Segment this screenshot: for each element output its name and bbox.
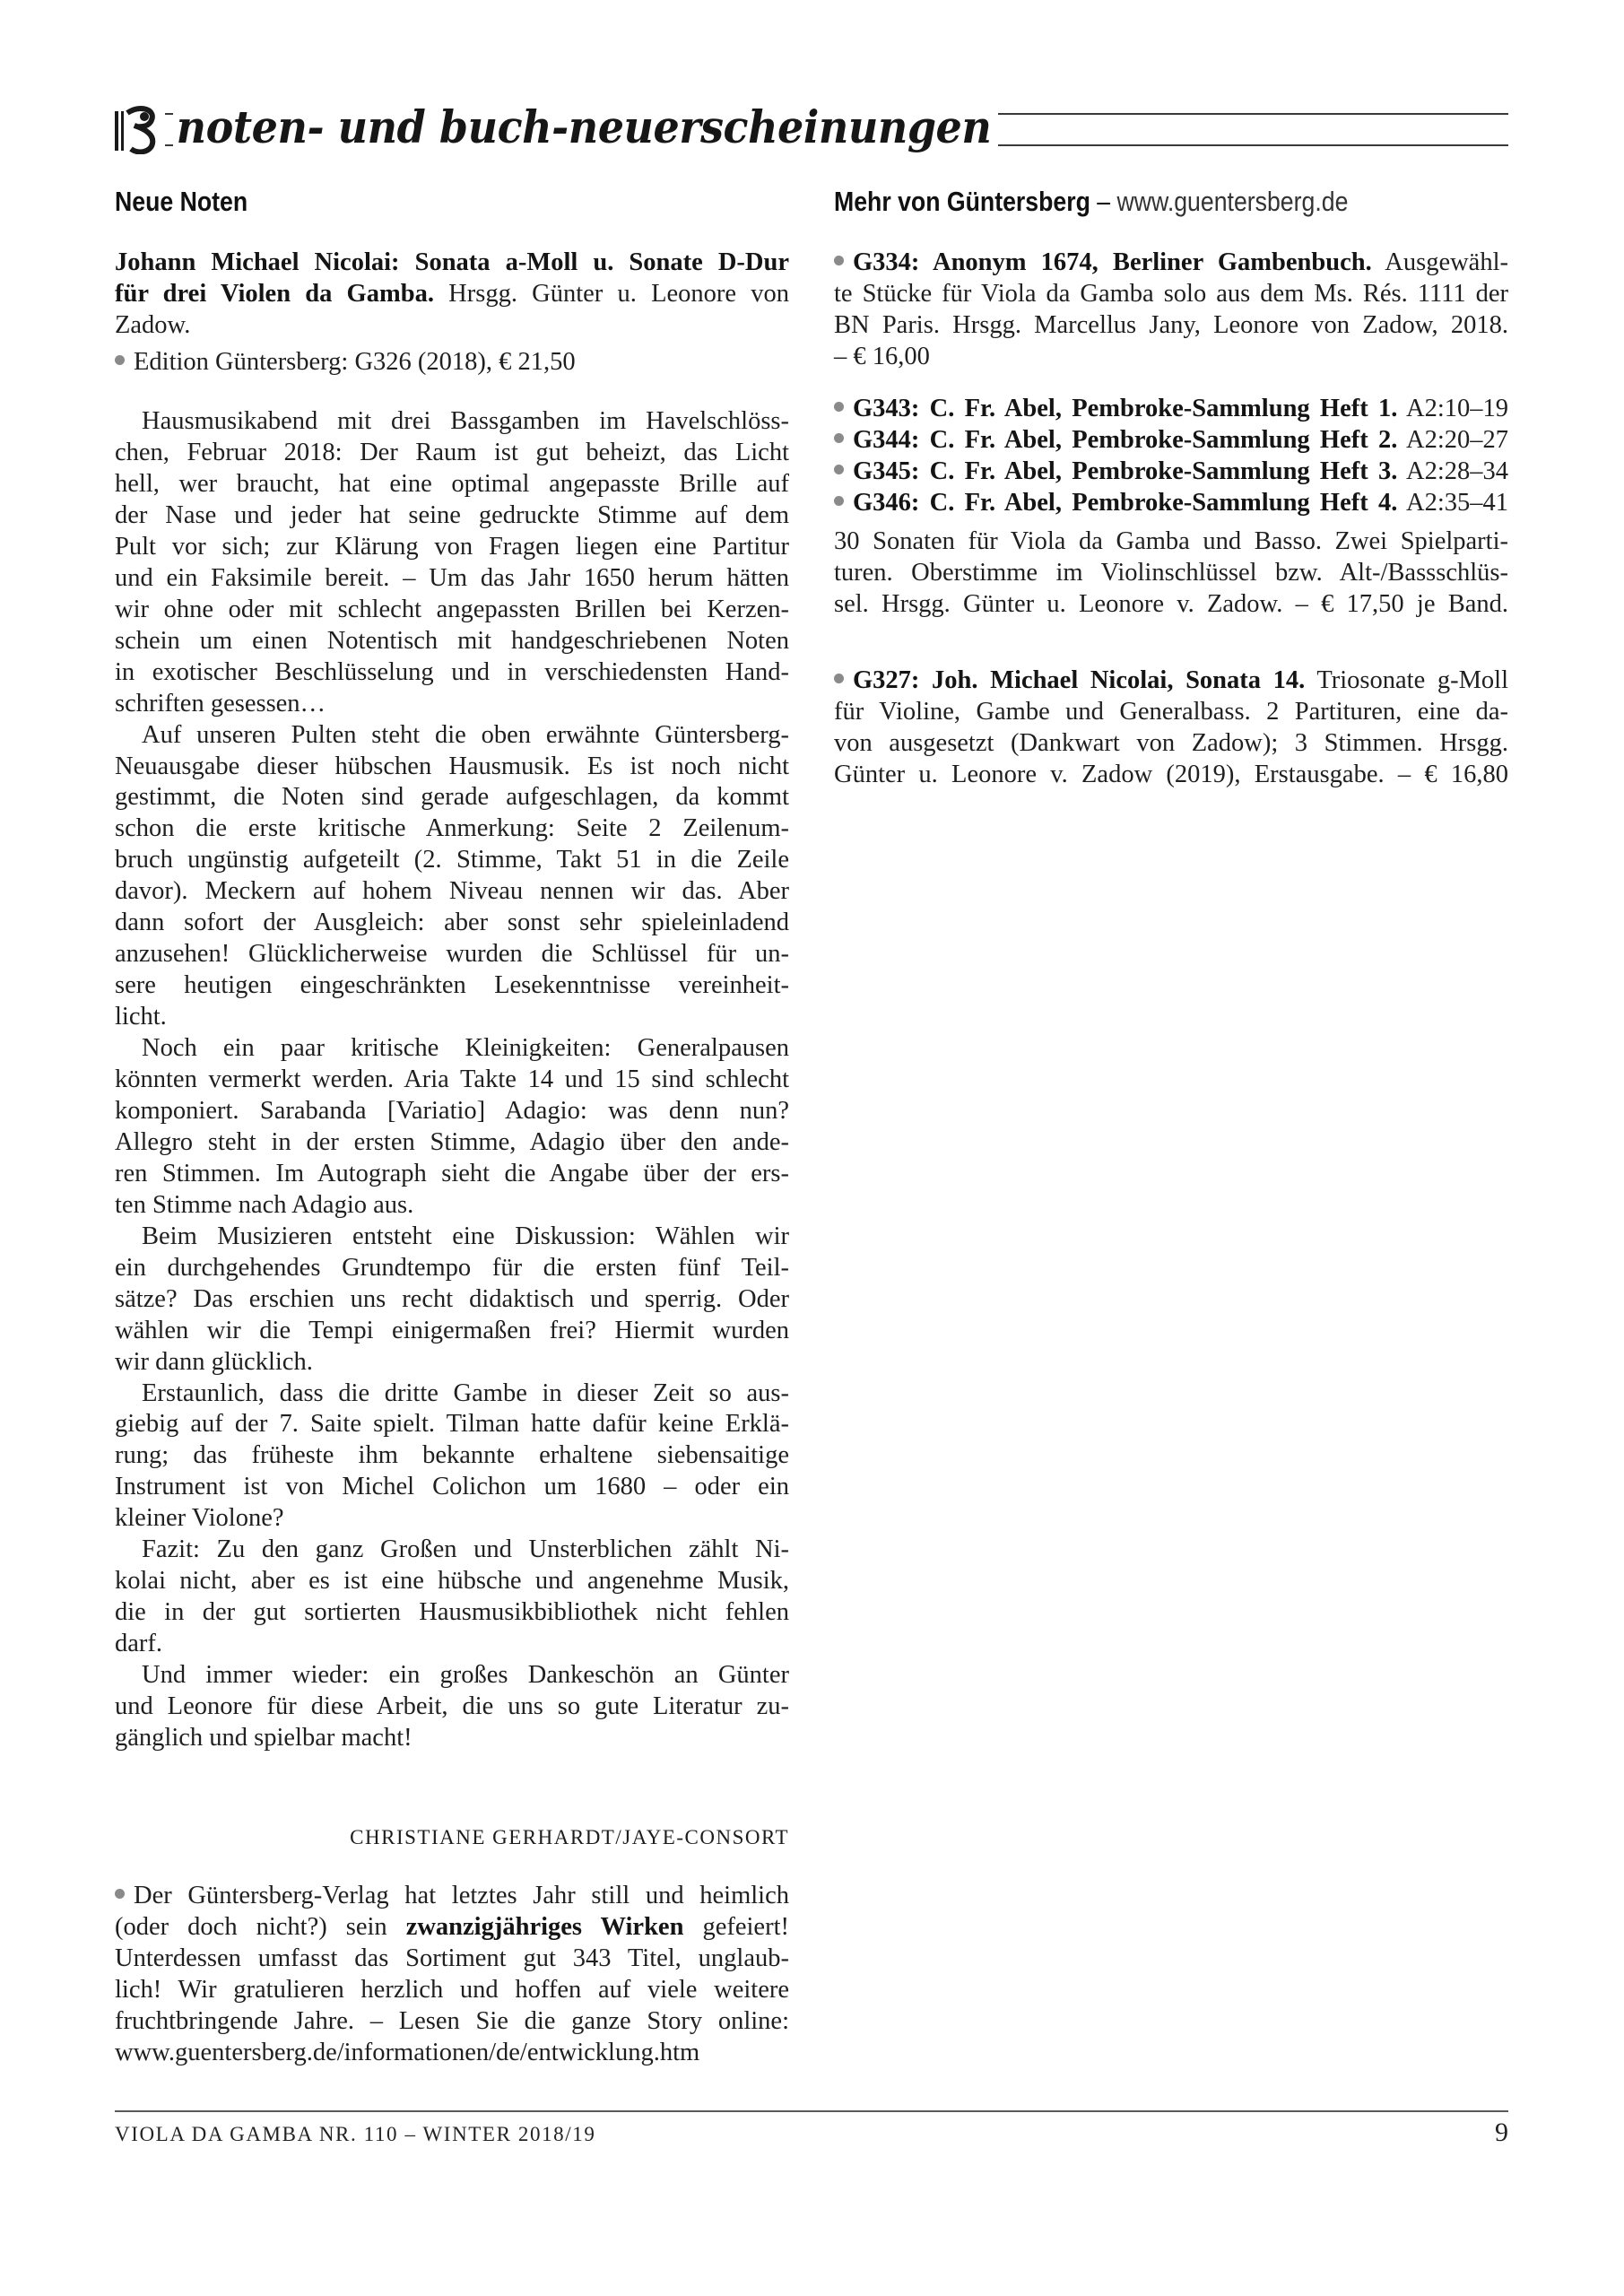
footer-rule (115, 2110, 1508, 2112)
review-line: Neuausgabe dieser hübschen Hausmusik. Es… (115, 751, 789, 782)
review-line: Auf unseren Pulten steht die oben erwähn… (115, 719, 789, 751)
viola-clef-icon (113, 104, 165, 154)
news-url-link[interactable]: www.guentersberg.de/informationen/de/ent… (115, 2037, 789, 2068)
catalog-item-g327-line: für Violine, Gambe und Generalbass. 2 Pa… (834, 696, 1508, 727)
review-line: Noch ein paar kritische Kleinigkeiten: G… (115, 1032, 789, 1064)
review-line: wählen wir die Tempi einigermaßen frei? … (115, 1315, 789, 1346)
catalog-item-g345: G345: C. Fr. Abel, Pembroke-Sammlung Hef… (834, 456, 1508, 487)
section-title: noten- und buch-neuerscheinungen (173, 100, 998, 154)
review-line: ein durchgehendes Grundtempo für die ers… (115, 1252, 789, 1283)
review-line: bruch ungünstig aufgeteilt (2. Stimme, T… (115, 844, 789, 875)
catalog-item-g346: G346: C. Fr. Abel, Pembroke-Sammlung Hef… (834, 487, 1508, 518)
catalog-item-g344: G344: C. Fr. Abel, Pembroke-Sammlung Hef… (834, 424, 1508, 456)
review-line: licht. (115, 1001, 789, 1032)
review-line: Allegro steht in der ersten Stimme, Adag… (115, 1126, 789, 1158)
review-line: giebig auf der 7. Saite spielt. Tilman h… (115, 1408, 789, 1439)
review-line: sätze? Das erschien uns recht didaktisch… (115, 1283, 789, 1315)
review-line: wir dann glücklich. (115, 1346, 789, 1378)
heading-url-link[interactable]: www.guentersberg.de (1117, 186, 1349, 217)
review-line: wir ohne oder mit schlecht angepassten B… (115, 594, 789, 625)
bullet-icon (834, 674, 844, 683)
left-column-heading: Neue Noten (115, 184, 248, 220)
review-line: Hausmusikabend mit drei Bassgamben im Ha… (115, 405, 789, 437)
news-line: (oder doch nicht?) sein zwanzigjähriges … (115, 1911, 789, 1943)
footer-publication: VIOLA DA GAMBA NR. 110 – WINTER 2018/19 (115, 2118, 595, 2151)
catalog-item-g327-line: von ausgesetzt (Dankwart von Zadow); 3 S… (834, 727, 1508, 759)
review-line: kleiner Violone? (115, 1502, 789, 1534)
catalog-item-g327: G327: Joh. Michael Nicolai, Sonata 14. T… (834, 665, 1508, 696)
catalog-item-g343: G343: C. Fr. Abel, Pembroke-Sammlung Hef… (834, 393, 1508, 424)
catalog-item-g327-line: Günter u. Leonore v. Zadow (2019), Ersta… (834, 759, 1508, 790)
news-line: lich! Wir gratulieren herzlich und hoffe… (115, 1974, 789, 2005)
review-signature: CHRISTIANE GERHARDT/JAYE-CONSORT (115, 1822, 789, 1853)
review-line: Beim Musizieren entsteht eine Diskussion… (115, 1221, 789, 1252)
entry-title-line: Johann Michael Nicolai: Sonata a-Moll u.… (115, 247, 789, 278)
review-line: gänglich und spielbar macht! (115, 1722, 789, 1753)
bullet-icon (115, 355, 125, 365)
abel-description-line: 30 Sonaten für Viola da Gamba und Basso.… (834, 526, 1508, 557)
page-number: 9 (1471, 2117, 1508, 2149)
review-line: hell, wer braucht, hat eine optimal ange… (115, 468, 789, 500)
review-line: davor). Meckern auf hohem Niveau nennen … (115, 875, 789, 907)
review-line: die in der gut sortierten Hausmusikbibli… (115, 1596, 789, 1628)
review-line: anzusehen! Glücklicherweise wurden die S… (115, 938, 789, 970)
review-line: könnten vermerkt werden. Aria Takte 14 u… (115, 1064, 789, 1095)
review-line: schein um einen Notentisch mit handgesch… (115, 625, 789, 657)
news-line: Unterdessen umfasst das Sortiment gut 34… (115, 1943, 789, 1974)
heading-separator: – (1090, 186, 1117, 217)
entry-title-line: für drei Violen da Gamba. Hrsgg. Günter … (115, 278, 789, 309)
abel-description-line: sel. Hrsgg. Günter u. Leonore v. Zadow. … (834, 588, 1508, 620)
news-line: Der Güntersberg-Verlag hat letztes Jahr … (115, 1880, 789, 1911)
bullet-icon (834, 496, 844, 506)
news-highlight: zwanzigjähriges Wirken (406, 1913, 684, 1941)
review-line: darf. (115, 1628, 789, 1659)
heading-neue-noten: Neue Noten (115, 186, 248, 217)
review-line: sere heutigen eingeschränkten Lesekenntn… (115, 970, 789, 1001)
heading-mehr-von-guentersberg: Mehr von Güntersberg (834, 186, 1090, 217)
bullet-icon (834, 256, 844, 265)
review-line: rung; das früheste ihm bekannte erhalten… (115, 1439, 789, 1471)
review-line: dann sofort der Ausgleich: aber sonst se… (115, 907, 789, 938)
review-line: und ein Faksimile bereit. – Um das Jahr … (115, 562, 789, 594)
catalog-item-g334: G334: Anonym 1674, Berliner Gambenbuch. … (834, 247, 1508, 278)
review-line: Pult vor sich; zur Klärung von Fragen li… (115, 531, 789, 562)
review-line: gestimmt, die Noten sind gerade aufgesch… (115, 781, 789, 813)
review-line: komponiert. Sarabanda [Variatio] Adagio:… (115, 1095, 789, 1126)
news-line: fruchtbringende Jahre. – Lesen Sie die g… (115, 2005, 789, 2037)
review-line: schon die erste kritische Anmerkung: Sei… (115, 813, 789, 844)
review-line: in exotischer Beschlüsselung und in vers… (115, 657, 789, 688)
catalog-item-g334-line: BN Paris. Hrsgg. Marcellus Jany, Leonore… (834, 309, 1508, 341)
review-line: Fazit: Zu den ganz Großen und Unsterblic… (115, 1534, 789, 1565)
review-line: Instrument ist von Michel Colichon um 16… (115, 1471, 789, 1502)
review-line: Erstaunlich, dass die dritte Gambe in di… (115, 1378, 789, 1409)
bullet-icon (115, 1889, 125, 1899)
bullet-icon (834, 402, 844, 412)
catalog-item-g334-price: – € 16,00 (834, 341, 1508, 372)
review-line: kolai nicht, aber es ist eine hübsche un… (115, 1565, 789, 1596)
review-line: der Nase und jeder hat seine gedruckte S… (115, 500, 789, 531)
review-line: und Leonore für diese Arbeit, die uns so… (115, 1691, 789, 1722)
review-line: schriften gesessen… (115, 688, 789, 719)
abel-description-line: turen. Oberstimme im Violinschlüssel bzw… (834, 557, 1508, 588)
review-line: ren Stimmen. Im Autograph sieht die Anga… (115, 1158, 789, 1189)
bullet-icon (834, 433, 844, 443)
review-line: ten Stimme nach Adagio aus. (115, 1189, 789, 1221)
catalog-item-g334-line: te Stücke für Viola da Gamba solo aus de… (834, 278, 1508, 309)
right-column-heading: Mehr von Güntersberg – www.guentersberg.… (834, 184, 1348, 220)
bullet-icon (834, 465, 844, 474)
review-line: chen, Februar 2018: Der Raum ist gut beh… (115, 437, 789, 468)
edition-info: Edition Güntersberg: G326 (2018), € 21,5… (115, 346, 789, 378)
entry-title-line: Zadow. (115, 309, 789, 341)
review-line: Und immer wieder: ein großes Dankeschön … (115, 1659, 789, 1691)
